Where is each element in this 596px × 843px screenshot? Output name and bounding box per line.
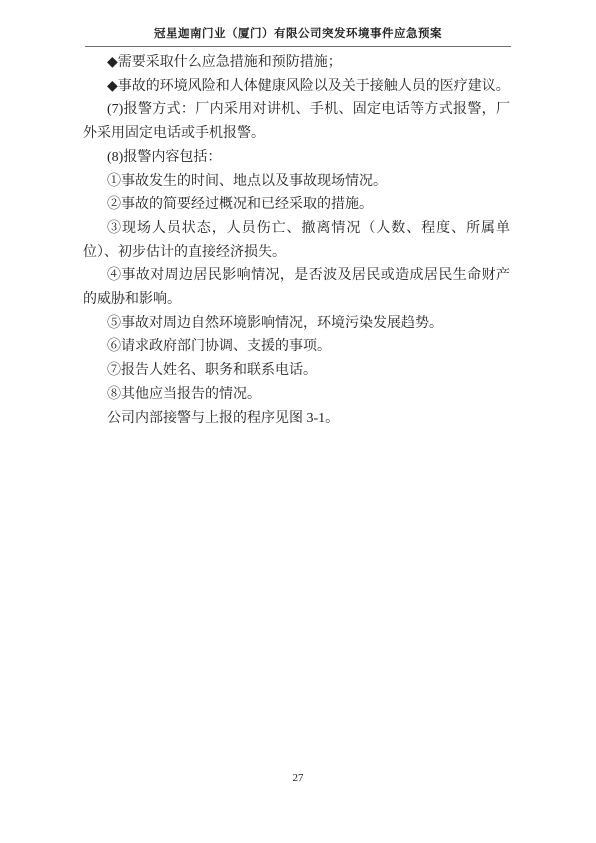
document-page: 冠星迦南门业（厦门）有限公司突发环境事件应急预案 ◆需要采取什么应急措施和预防措… [0,0,596,843]
paragraph: ②事故的简要经过概况和已经采取的措施。 [83,193,510,217]
paragraph: (7)报警方式：厂内采用对讲机、手机、固定电话等方式报警，厂外采用固定电话或手机… [83,98,510,145]
paragraph: ⑧其他应当报告的情况。 [83,383,510,407]
page-header-title: 冠星迦南门业（厦门）有限公司突发环境事件应急预案 [85,25,511,47]
paragraph: ⑦报告人姓名、职务和联系电话。 [83,359,510,383]
paragraph: ◆需要采取什么应急措施和预防措施； [83,51,510,75]
paragraph: (8)报警内容包括： [83,146,510,170]
paragraph: 公司内部接警与上报的程序见图 3-1。 [83,407,510,431]
paragraph: ◆事故的环境风险和人体健康风险以及关于接触人员的医疗建议。 [83,75,510,99]
document-body: ◆需要采取什么应急措施和预防措施； ◆事故的环境风险和人体健康风险以及关于接触人… [83,51,510,430]
paragraph: ①事故发生的时间、地点以及事故现场情况。 [83,170,510,194]
page-number: 27 [0,772,596,784]
paragraph: ⑤事故对周边自然环境影响情况，环境污染发展趋势。 [83,312,510,336]
paragraph: ④事故对周边居民影响情况，是否波及居民或造成居民生命财产的威胁和影响。 [83,264,510,311]
paragraph: ⑥请求政府部门协调、支援的事项。 [83,335,510,359]
paragraph: ③现场人员状态，人员伤亡、撤离情况（人数、程度、所属单位）、初步估计的直接经济损… [83,217,510,264]
